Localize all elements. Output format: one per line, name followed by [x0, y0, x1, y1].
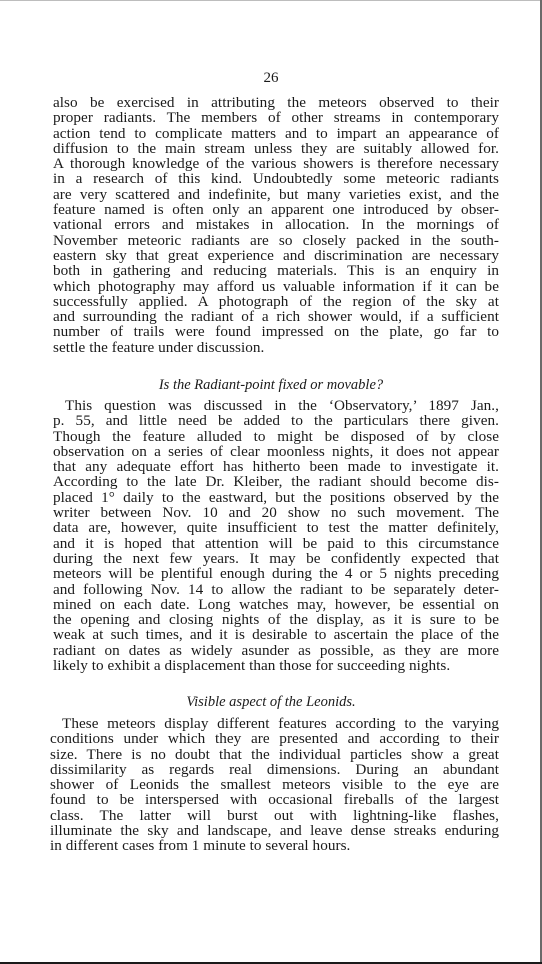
text-line: are very scattered and indefinite, but m… — [53, 187, 499, 202]
text-line: and surrounding the radiant of a rich sh… — [53, 309, 499, 324]
text-line: action tend to complicate matters and to… — [53, 126, 499, 141]
text-line: during the next few years. It may be con… — [53, 551, 499, 566]
text-line: meteors will be plentiful enough during … — [53, 566, 499, 581]
text-line: observation on a series of clear moonles… — [53, 444, 499, 459]
text-line: conditions under which they are presente… — [50, 731, 499, 746]
text-line: dissimilarity as regards real dimensions… — [50, 762, 499, 777]
text-line: These meteors display different features… — [50, 716, 499, 731]
text-line: found to be interspersed with occasional… — [50, 792, 499, 807]
text-line: A thorough knowledge of the various show… — [53, 156, 499, 171]
text-line: This question was discussed in the ‘Obse… — [53, 398, 499, 413]
text-line: that any adequate effort has hitherto be… — [53, 459, 499, 474]
text-line: both in gathering and reducing materials… — [53, 263, 499, 278]
text-line: settle the feature under discussion. — [53, 340, 499, 355]
text-line: weak at such times, and it is desirable … — [53, 627, 499, 642]
text-line: vational errors and mistakes in allocati… — [53, 217, 499, 232]
text-line: writer between Nov. 10 and 20 show no su… — [53, 505, 499, 520]
text-line: size. There is no doubt that the individ… — [50, 747, 499, 762]
text-line: likely to exhibit a displacement than th… — [53, 658, 499, 673]
text-line: proper radiants. The members of other st… — [53, 110, 499, 125]
text-line: feature named is often only an apparent … — [53, 202, 499, 217]
text-line: the opening and closing nights of the di… — [53, 612, 499, 627]
text-line: number of trails were found impressed on… — [53, 324, 499, 339]
text-line: placed 1° daily to the eastward, but the… — [53, 490, 499, 505]
paragraph-2: This question was discussed in the ‘Obse… — [53, 398, 499, 673]
text-line: and it is hoped that attention will be p… — [53, 536, 499, 551]
paragraph-3: These meteors display different features… — [50, 716, 499, 854]
text-line: mined on each date. Long watches may, ho… — [53, 597, 499, 612]
text-line: in different cases from 1 minute to seve… — [50, 838, 499, 853]
text-line: radiant on dates as widely asunder as po… — [53, 643, 499, 658]
text-line: and following Nov. 14 to allow the radia… — [53, 582, 499, 597]
text-line: also be exercised in attributing the met… — [53, 95, 499, 110]
text-line: diffusion to the main stream unless they… — [53, 141, 499, 156]
text-line: which photography may afford us valuable… — [53, 279, 499, 294]
section-heading-visible-aspect: Visible aspect of the Leonids. — [0, 694, 542, 711]
text-line: p. 55, and little need be added to the p… — [53, 413, 499, 428]
text-line: shower of Leonids the smallest meteors v… — [50, 777, 499, 792]
text-line: Though the feature alluded to might be d… — [53, 429, 499, 444]
text-line: eastern sky that great experience and di… — [53, 248, 499, 263]
scan-top-edge — [0, 0, 542, 1]
text-line: According to the late Dr. Kleiber, the r… — [53, 474, 499, 489]
text-line: illuminate the sky and landscape, and le… — [50, 823, 499, 838]
text-line: data are, however, quite insufficient to… — [53, 520, 499, 535]
text-line: in a research of this kind. Undoubtedly … — [53, 171, 499, 186]
paragraph-1: also be exercised in attributing the met… — [53, 95, 499, 355]
section-heading-radiant-point: Is the Radiant-point fixed or movable? — [0, 377, 542, 394]
text-line: successfully applied. A photograph of th… — [53, 294, 499, 309]
text-line: class. The latter will burst out with li… — [50, 808, 499, 823]
page-number: 26 — [0, 70, 542, 87]
text-line: November meteoric radiants are so closel… — [53, 233, 499, 248]
